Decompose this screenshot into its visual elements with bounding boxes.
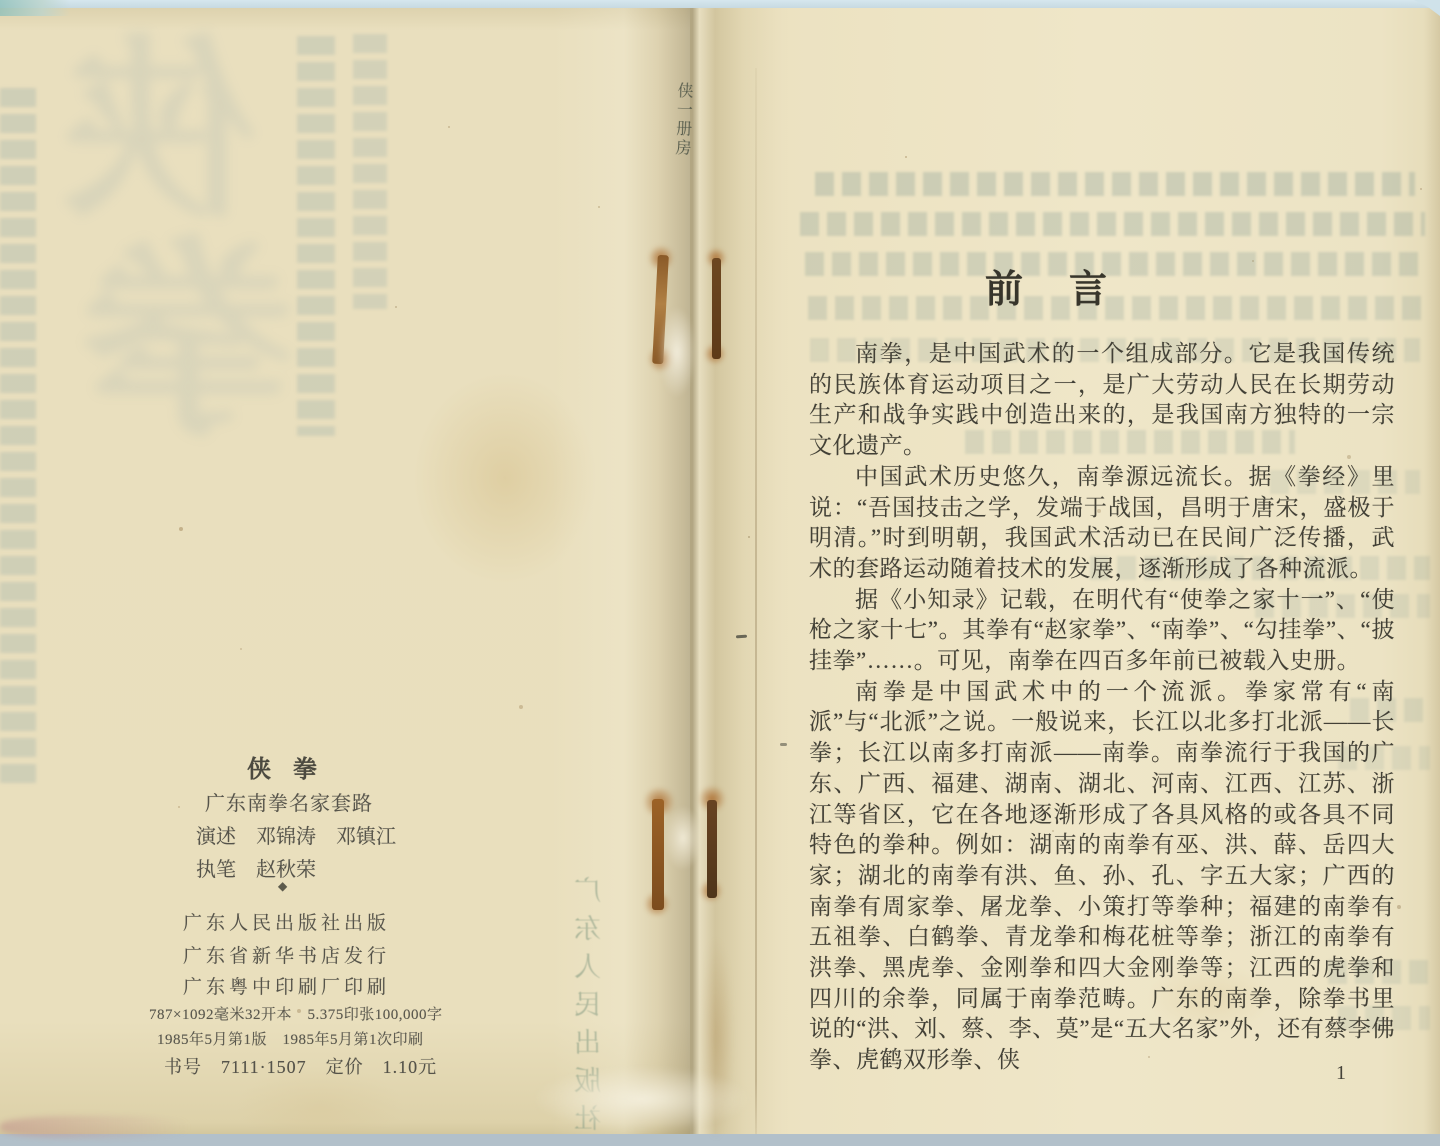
credit-narrators: 演述 邓锦涛 邓镇江 [196,820,396,849]
staple-top-right-leg [712,258,721,359]
left-page: 侠 拳 侠拳 广东南拳名家套路 演述 邓锦涛 邓镇江 执笔 赵秋荣 ◆ 广东人民… [0,8,690,1134]
distributor-line: 广东省新华书店发行 [183,941,390,968]
bleed-through-band [297,36,335,436]
preface-paragraph: 南拳是中国武术中的一个流派。拳家常有“南派”与“北派”之说。一般说来，长江以北多… [809,677,1395,1076]
staple-bottom-left-leg [652,799,664,910]
preface-heading: 前言 [985,258,1153,313]
print-spec-line: 787×1092毫米32开本 5.375印张100,000字 [149,1003,442,1024]
ghost-cover-char-2: 拳 [80,236,295,451]
credit-writer: 执笔 赵秋荣 [196,853,316,882]
bleed-through-row [815,172,1415,196]
ghost-cover-char-1: 侠 [62,36,257,231]
edition-line: 1985年5月第1版 1985年5月第1次印刷 [157,1028,424,1049]
staple-bottom-right-leg [707,800,717,898]
preface-paragraph: 中国武术历史悠久，南拳源远流长。据《拳经》里说：“吾国技击之学，发端于战国，昌明… [809,462,1395,585]
crease-line [755,68,757,1134]
book-title: 侠拳 [247,749,339,784]
page-number: 1 [1336,1062,1346,1085]
scan-corner-artifact [0,0,70,16]
pink-smudge [0,1116,190,1138]
bleed-through-vertical-text: 广东人民出版社 [570,876,609,1146]
small-mark [780,743,787,746]
bleed-through-band [353,34,387,309]
divider-mark: ◆ [278,879,287,894]
preface-paragraph: 南拳，是中国武术的一个组成部分。它是我国传统的民族体育运动项目之一，是广大劳动人… [809,339,1395,462]
book-subtitle: 广东南拳名家套路 [205,787,373,816]
open-book-spread: 侠 拳 侠拳 广东南拳名家套路 演述 邓锦涛 邓镇江 执笔 赵秋荣 ◆ 广东人民… [0,8,1440,1134]
page-edge-shadow [1424,8,1440,1134]
printer-line: 广东粤中印刷厂印刷 [183,972,390,999]
bleed-through-band [0,88,36,788]
book-number-price-line: 书号 7111·1507 定价 1.10元 [164,1053,437,1079]
book-scan: 侠 拳 侠拳 广东南拳名家套路 演述 邓锦涛 邓镇江 执笔 赵秋荣 ◆ 广东人民… [0,0,1440,1146]
bleed-through-row [800,212,1425,236]
spine-handwriting: 侠一册房 [670,82,695,159]
publisher-line: 广东人民出版社出版 [183,908,390,935]
preface-paragraph: 据《小知录》记载，在明代有“使拳之家十一”、“使枪之家十七”。其拳有“赵家拳”、… [809,585,1395,677]
fold-stain [698,936,734,1142]
preface-body: 南拳，是中国武术的一个组成部分。它是我国传统的民族体育运动项目之一，是广大劳动人… [809,339,1395,1076]
